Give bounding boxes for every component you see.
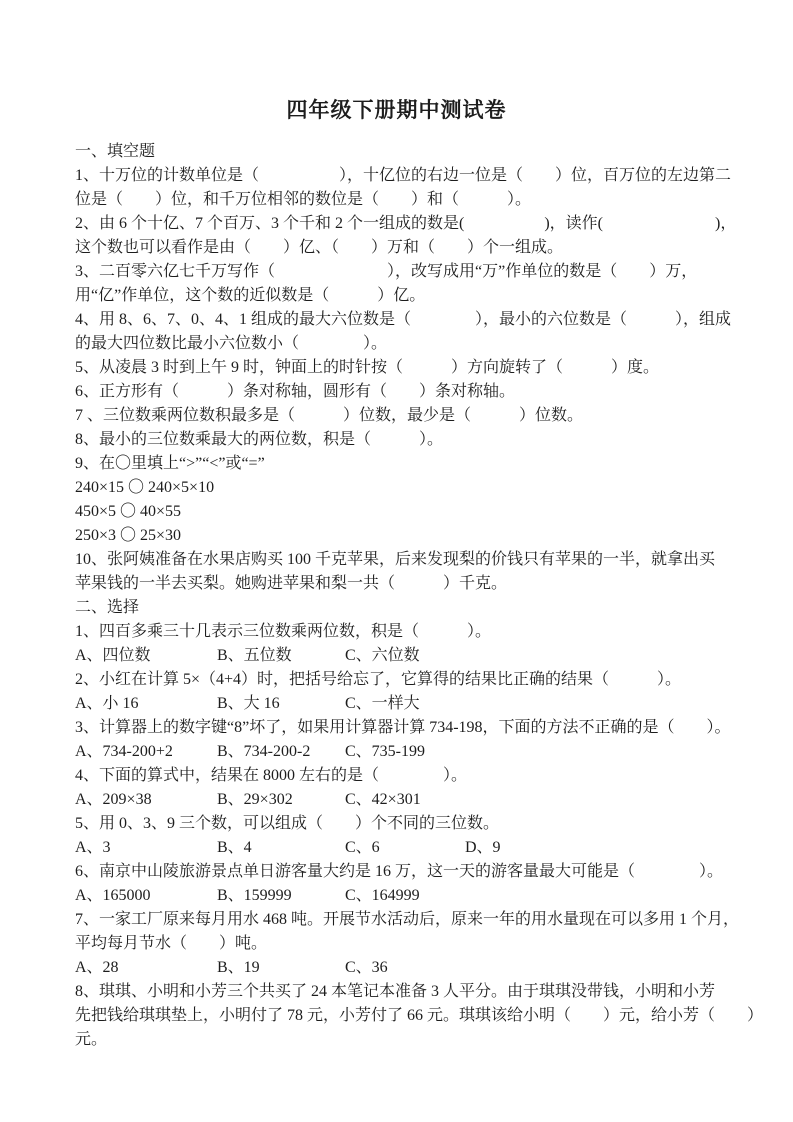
option-item: C、六位数: [345, 644, 465, 668]
question-line: 10、张阿姨准备在水果店购买 100 千克苹果，后来发现梨的价钱只有苹果的一半，…: [75, 548, 753, 572]
question-line: 7、一家工厂原来每月用水 468 吨。开展节水活动后，原来一年的用水量现在可以多…: [75, 908, 753, 932]
option-item: A、四位数: [75, 644, 217, 668]
question-line: 的最大四位数比最小六位数小（ ）。: [75, 332, 753, 356]
option-item: A、3: [75, 836, 217, 860]
question-line: 这个数也可以看作是由（ ）亿、（ ）万和（ ）个一组成。: [75, 236, 753, 260]
option-item: C、36: [345, 956, 465, 980]
option-item: A、734-200+2: [75, 740, 217, 764]
question-line: 240×15 〇 240×5×10: [75, 476, 753, 500]
section-heading: 一、填空题: [75, 140, 753, 164]
option-item: A、28: [75, 956, 217, 980]
question-line: 平均每月节水（ ）吨。: [75, 932, 753, 956]
options-row: A、四位数B、五位数C、六位数: [75, 644, 753, 668]
option-item: A、165000: [75, 884, 217, 908]
question-line: 苹果钱的一半去买梨。她购进苹果和梨一共（ ）千克。: [75, 572, 753, 596]
question-line: 450×5 〇 40×55: [75, 500, 753, 524]
question-line: 3、计算器上的数字键“8”坏了，如果用计算器计算 734-198，下面的方法不正…: [75, 716, 753, 740]
question-line: 8、最小的三位数乘最大的两位数，积是（ ）。: [75, 428, 753, 452]
question-line: 1、四百多乘三十几表示三位数乘两位数，积是（ ）。: [75, 620, 753, 644]
option-item: A、小 16: [75, 692, 217, 716]
question-line: 用“亿”作单位，这个数的近似数是（ ）亿。: [75, 284, 753, 308]
question-line: 9、在〇里填上“>”“<”或“=”: [75, 452, 753, 476]
options-row: A、28B、19C、36: [75, 956, 753, 980]
question-line: 8、琪琪、小明和小芳三个共买了 24 本笔记本准备 3 人平分。由于琪琪没带钱，…: [75, 980, 753, 1004]
option-item: C、一样大: [345, 692, 465, 716]
question-line: 7 、三位数乘两位数积最多是（ ）位数，最少是（ ）位数。: [75, 404, 753, 428]
question-line: 2、由 6 个十亿、7 个百万、3 个千和 2 个一组成的数是( )，读作( )…: [75, 212, 753, 236]
test-paper-page: 四年级下册期中测试卷 一、填空题1、十万位的计数单位是（ ），十亿位的右边一位是…: [0, 0, 793, 1122]
option-item: B、19: [217, 956, 345, 980]
question-line: 250×3 〇 25×30: [75, 524, 753, 548]
option-item: B、159999: [217, 884, 345, 908]
question-line: 1、十万位的计数单位是（ ），十亿位的右边一位是（ ）位，百万位的左边第二: [75, 164, 753, 188]
page-title: 四年级下册期中测试卷: [75, 96, 718, 124]
options-row: A、734-200+2B、734-200-2C、735-199: [75, 740, 753, 764]
option-item: B、4: [217, 836, 345, 860]
option-item: D、9: [465, 836, 501, 860]
option-item: B、大 16: [217, 692, 345, 716]
question-line: 2、小红在计算 5×（4+4）时，把括号给忘了，它算得的结果比正确的结果（ ）。: [75, 668, 753, 692]
question-line: 5、用 0、3、9 三个数，可以组成（ ）个不同的三位数。: [75, 812, 753, 836]
question-line: 元。: [75, 1028, 753, 1052]
options-row: A、209×38B、29×302C、42×301: [75, 788, 753, 812]
question-line: 6、南京中山陵旅游景点单日游客量大约是 16 万，这一天的游客量最大可能是（ ）…: [75, 860, 753, 884]
option-item: A、209×38: [75, 788, 217, 812]
question-line: 4、下面的算式中，结果在 8000 左右的是（ ）。: [75, 764, 753, 788]
option-item: C、735-199: [345, 740, 465, 764]
option-item: B、五位数: [217, 644, 345, 668]
section-heading: 二、选择: [75, 596, 753, 620]
option-item: C、42×301: [345, 788, 465, 812]
options-row: A、小 16B、大 16C、一样大: [75, 692, 753, 716]
option-item: C、6: [345, 836, 465, 860]
question-line: 5、从凌晨 3 时到上午 9 时，钟面上的时针按（ ）方向旋转了（ ）度。: [75, 356, 753, 380]
question-line: 4、用 8、6、7、0、4、1 组成的最大六位数是（ ），最小的六位数是（ ），…: [75, 308, 753, 332]
options-row: A、165000B、159999C、164999: [75, 884, 753, 908]
question-line: 先把钱给琪琪垫上，小明付了 78 元，小芳付了 66 元。琪琪该给小明（ ）元，…: [75, 1004, 753, 1028]
options-row: A、3B、4C、6D、9: [75, 836, 753, 860]
option-item: C、164999: [345, 884, 465, 908]
question-line: 6、正方形有（ ）条对称轴，圆形有（ ）条对称轴。: [75, 380, 753, 404]
option-item: B、29×302: [217, 788, 345, 812]
question-line: 位是（ ）位，和千万位相邻的数位是（ ）和（ ）。: [75, 188, 753, 212]
option-item: B、734-200-2: [217, 740, 345, 764]
doc-body: 一、填空题1、十万位的计数单位是（ ），十亿位的右边一位是（ ）位，百万位的左边…: [75, 140, 753, 1052]
question-line: 3、二百零六亿七千万写作（ ），改写成用“万”作单位的数是（ ）万，: [75, 260, 753, 284]
